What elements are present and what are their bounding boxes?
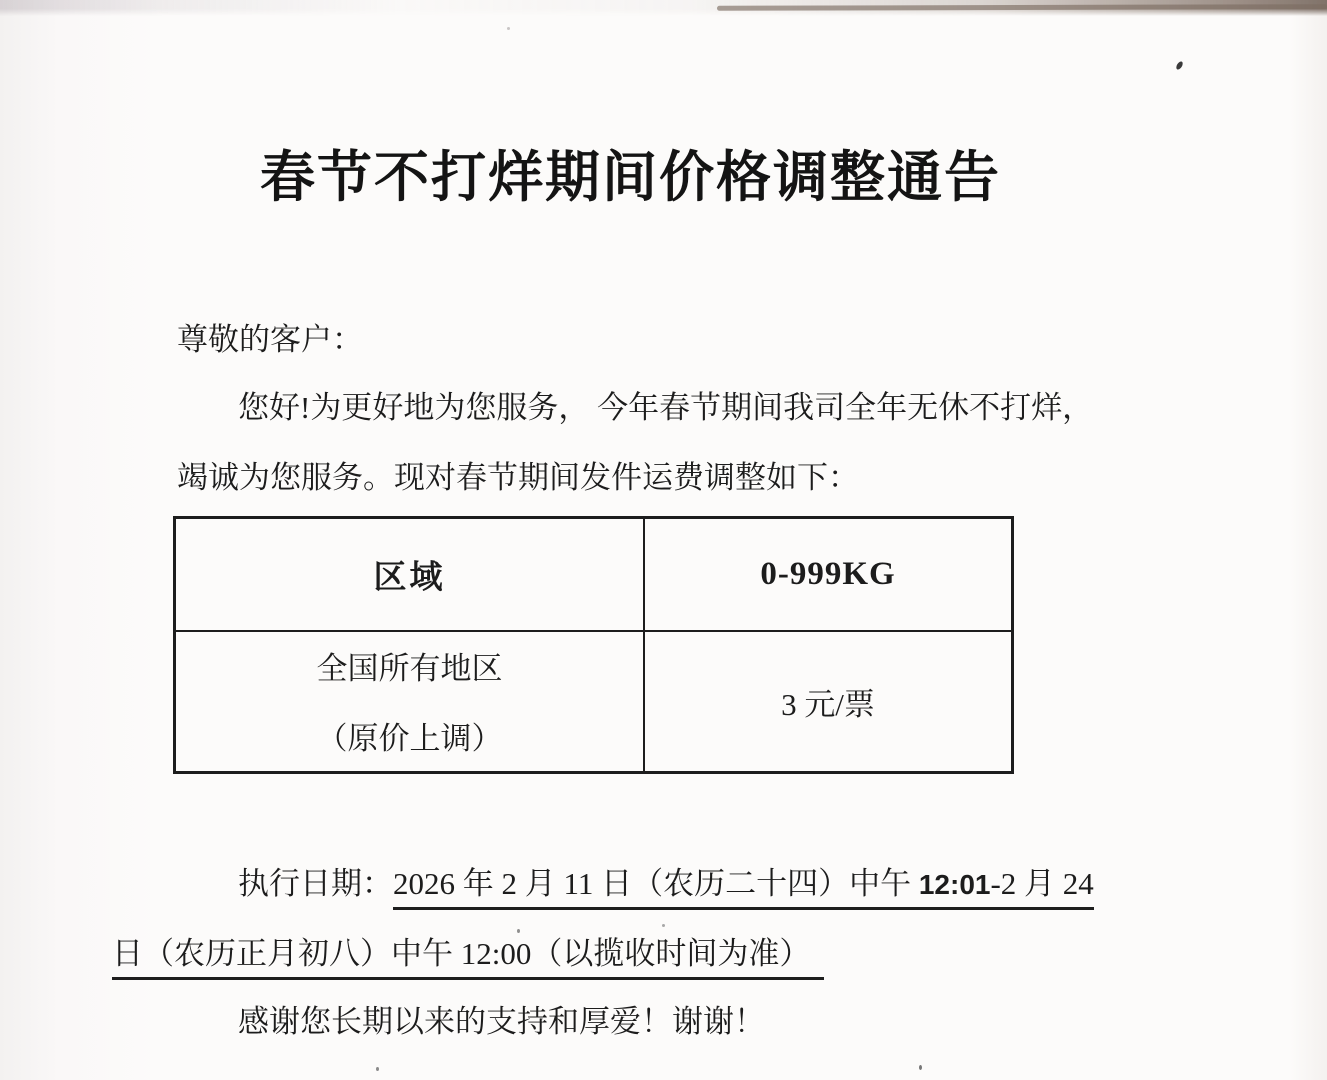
table-header-row: 区域 0-999KG	[175, 518, 1013, 631]
execution-time-start: 12:01	[919, 869, 991, 900]
price-adjustment-table: 区域 0-999KG 全国所有地区 （原价上调） 3 元/票	[173, 516, 1014, 774]
region-note: （原价上调）	[176, 723, 643, 754]
table-row: 全国所有地区 （原价上调） 3 元/票	[175, 631, 1013, 773]
table-cell-price: 3 元/票	[644, 631, 1013, 773]
scan-speck	[1175, 60, 1184, 70]
table-header-weight-range: 0-999KG	[644, 518, 1013, 631]
notice-title: 春节不打烊期间价格调整通告	[260, 150, 1001, 205]
execution-date-label: 执行日期：	[238, 866, 393, 901]
table-header-region: 区域	[175, 518, 645, 631]
closing-thanks: 感谢您长期以来的支持和厚爱！谢谢！	[238, 1006, 765, 1037]
scan-speck	[662, 924, 665, 927]
execution-date-part1: 2026 年 2 月 11 日（农历二十四）中午	[393, 866, 919, 901]
intro-paragraph-line1: 您好!为更好地为您服务， 今年春节期间我司全年无休不打烊，	[238, 392, 1093, 423]
scan-speck	[919, 1065, 922, 1070]
scan-speck	[376, 1067, 379, 1071]
region-name: 全国所有地区	[176, 653, 643, 684]
execution-date-line2: 日（农历正月初八）中午 12:00（以揽收时间为准）	[112, 938, 824, 969]
execution-date-part2: -2 月 24	[990, 866, 1093, 901]
scan-speck	[507, 27, 510, 30]
execution-date-line2-underlined: 日（农历正月初八）中午 12:00（以揽收时间为准）	[112, 936, 824, 980]
execution-date-underlined: 2026 年 2 月 11 日（农历二十四）中午 12:01-2 月 24	[393, 866, 1094, 910]
execution-date-line1: 执行日期：2026 年 2 月 11 日（农历二十四）中午 12:01-2 月 …	[238, 868, 1094, 899]
table-cell-region: 全国所有地区 （原价上调）	[175, 631, 645, 773]
scanned-notice-page: 春节不打烊期间价格调整通告 尊敬的客户： 您好!为更好地为您服务， 今年春节期间…	[0, 0, 1327, 1080]
salutation: 尊敬的客户：	[177, 324, 363, 355]
scan-speck	[517, 929, 520, 933]
intro-paragraph-line2: 竭诚为您服务。现对春节期间发件运费调整如下：	[177, 462, 859, 493]
